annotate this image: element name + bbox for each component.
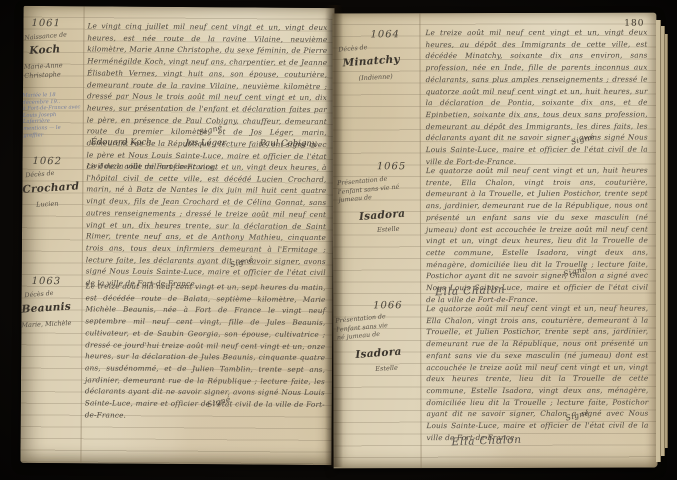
entry-number: 1066 — [373, 300, 402, 311]
entry-1064: 1064 Décès de Minatchy (Indienne) Le tre… — [332, 13, 656, 14]
entry-number: 1064 — [370, 29, 399, 40]
margin-surname: Isadora — [355, 346, 402, 361]
marginal-mention-note: Mariée le 18 décembre 19.. à Fort-de-Fra… — [22, 91, 81, 139]
entry-1065: 1065 Présentation de l'enfant sans vie n… — [332, 13, 656, 14]
margin-given-names: Estelle — [377, 225, 400, 235]
margin-surname: Beaunis — [21, 301, 71, 316]
register-photo: 1061 Naissance de Koch Marie-Anne Christ… — [0, 0, 677, 480]
signature: Édouard Koch — [91, 137, 152, 147]
entry-number: 1062 — [32, 156, 62, 167]
act-body: Le vingt cinq juillet mil neuf cent ving… — [86, 20, 327, 174]
margin-given-names: Lucien — [36, 200, 59, 210]
margin-given-names: Estelle — [375, 364, 398, 374]
margin-given-names: Marie, Michèle — [21, 319, 71, 330]
margin-act-type: Présentation de l'enfant sans vie né jum… — [337, 175, 401, 206]
margin-act-type: Présentation de l'enfant sans vie né jum… — [335, 313, 389, 343]
left-page: 1061 Naissance de Koch Marie-Anne Christ… — [20, 6, 334, 465]
entry-number: 1061 — [31, 18, 61, 29]
act-body: Le douze août mil neuf cent vingt et un,… — [86, 160, 327, 290]
act-body: Le treize août mil neuf cent vingt et un… — [85, 280, 326, 422]
entry-number: 1065 — [377, 161, 406, 172]
margin-act-type: Naissance de — [24, 31, 67, 43]
margin-given-names: Marie-Anne Christophe — [24, 61, 63, 81]
margin-act-type: Décès de — [24, 290, 54, 301]
entry-1063: 1063 Décès de Beaunis Marie, Michèle Le … — [24, 6, 335, 8]
entry-1066: 1066 Présentation de l'enfant sans vie n… — [332, 13, 656, 14]
margin-surname: Crochard — [22, 180, 80, 196]
right-page: 180 1064 Décès de Minatchy (Indienne) Le… — [332, 13, 657, 469]
declarant-signature: Ella Chalon — [451, 434, 522, 449]
signature: Paul Cobigny — [260, 139, 317, 149]
margin-surname: Koch — [29, 43, 61, 57]
margin-rule-right-page — [419, 13, 421, 468]
act-body: Le treize août mil neuf cent vingt et un… — [425, 27, 647, 168]
margin-surname: Minatchy — [342, 53, 400, 69]
signature: Jos Léger — [185, 138, 226, 148]
binding-fold — [325, 5, 343, 467]
page-edge-stack — [665, 34, 668, 448]
act-body: Le quatorze août mil neuf cent vingt et … — [426, 303, 648, 444]
entry-number: 1063 — [32, 276, 62, 287]
entry-1062: 1062 Décès de Crochard Lucien Le douze a… — [24, 6, 335, 8]
margin-surname: Isadora — [359, 208, 406, 223]
signatures-row: Édouard Koch Jos Léger Paul Cobigny — [91, 137, 317, 149]
entry-1061: 1061 Naissance de Koch Marie-Anne Christ… — [24, 6, 335, 8]
margin-given-names: (Indienne) — [358, 72, 393, 83]
margin-act-type: Décès de — [25, 170, 55, 181]
